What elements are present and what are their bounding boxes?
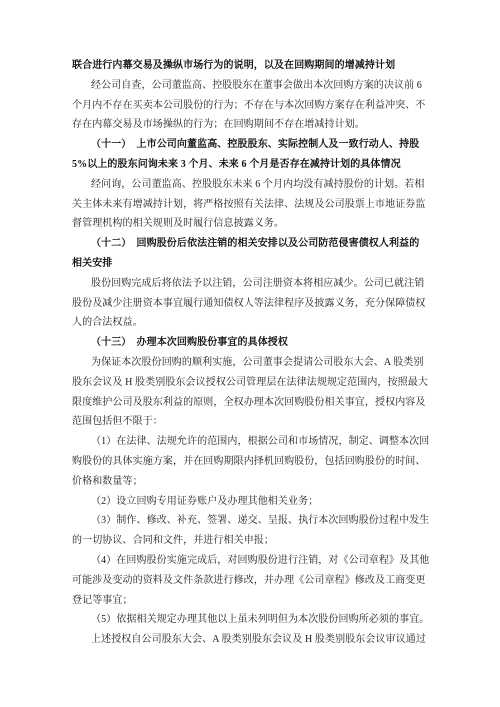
list-item-5-line: （5）依据相关规定办理其他以上虽未列明但为本次股份回购所必须的事宜。 bbox=[72, 610, 432, 630]
section-12-heading-line: 相关安排 bbox=[72, 254, 432, 274]
section-11-heading-line: 5%以上的股东问询未来 3 个月、未来 6 个月是否存在减持计划的具体情况 bbox=[72, 155, 432, 175]
list-item-2-line: （2）设立回购专用证券账户及办理其他相关业务； bbox=[72, 492, 432, 512]
body-text-line: 督管理机构的相关规则及时履行信息披露义务。 bbox=[72, 214, 432, 234]
section-13-heading-line: （十三） 办理本次回购股份事宜的具体授权 bbox=[72, 333, 432, 353]
body-text-line: 个月内不存在买卖本公司股份的行为；不存在与本次回购方案存在利益冲突、不 bbox=[72, 96, 432, 116]
list-item-4-line: （4）在回购股份实施完成后，对回购股份进行注销，对《公司章程》及其他 bbox=[72, 551, 432, 571]
list-item-3-line: 的一切协议、合同和文件，并进行相关申报； bbox=[72, 531, 432, 551]
list-item-3-line: （3）制作、修改、补充、签署、递交、呈报、执行本次回购股份过程中发生 bbox=[72, 511, 432, 531]
list-item-4-line: 登记等事宜； bbox=[72, 591, 432, 611]
body-text-line: 上述授权自公司股东大会、A 股类别股东会议及 H 股类别股东会议审议通过 bbox=[72, 630, 432, 650]
body-text-line: 经问询，公司董监高、控股股东未来 6 个月内均没有减持股份的计划。若相 bbox=[72, 175, 432, 195]
body-text-line: 股份及减少注册资本事宜履行通知债权人等法律程序及披露义务，充分保障债权 bbox=[72, 294, 432, 314]
body-text-line: 范围包括但不限于： bbox=[72, 412, 432, 432]
document-page: 联合进行内幕交易及操纵市场行为的说明，以及在回购期间的增减持计划 经公司自查，公… bbox=[0, 0, 500, 707]
body-text-line: 关主体未来有增减持计划，将严格按照有关法律、法规及公司股票上市地证券监 bbox=[72, 195, 432, 215]
body-text-line: 人的合法权益。 bbox=[72, 313, 432, 333]
section-11-heading-line: （十一） 上市公司向董监高、控股股东、实际控制人及一致行动人、持股 bbox=[72, 135, 432, 155]
body-text-line: 经公司自查，公司董监高、控股股东在董事会做出本次回购方案的决议前 6 bbox=[72, 76, 432, 96]
list-item-1-line: 购股份的具体实施方案，并在回购期限内择机回购股份，包括回购股份的时间、 bbox=[72, 452, 432, 472]
section-12-heading-line: （十二） 回购股份后依法注销的相关安排以及公司防范侵害债权人利益的 bbox=[72, 234, 432, 254]
list-item-4-line: 可能涉及变动的资料及文件条款进行修改，并办理《公司章程》修改及工商变更 bbox=[72, 571, 432, 591]
document-text-block: 联合进行内幕交易及操纵市场行为的说明，以及在回购期间的增减持计划 经公司自查，公… bbox=[72, 56, 432, 650]
list-item-1-line: （1）在法律、法规允许的范围内，根据公司和市场情况，制定、调整本次回 bbox=[72, 432, 432, 452]
body-text-line: 为保证本次股份回购的顺利实施，公司董事会提请公司股东大会、A 股类别 bbox=[72, 353, 432, 373]
body-text-line: 存在内幕交易及市场操纵的行为；在回购期间不存在增减持计划。 bbox=[72, 115, 432, 135]
list-item-1-line: 价格和数量等； bbox=[72, 472, 432, 492]
body-text-line: 股东会议及 H 股类别股东会议授权公司管理层在法律法规规定范围内，按照最大 bbox=[72, 373, 432, 393]
heading-continuation-line: 联合进行内幕交易及操纵市场行为的说明，以及在回购期间的增减持计划 bbox=[72, 56, 432, 76]
body-text-line: 限度维护公司及股东利益的原则，全权办理本次回购股份相关事宜，授权内容及 bbox=[72, 393, 432, 413]
body-text-line: 股份回购完成后将依法予以注销，公司注册资本将相应减少。公司已就注销 bbox=[72, 274, 432, 294]
